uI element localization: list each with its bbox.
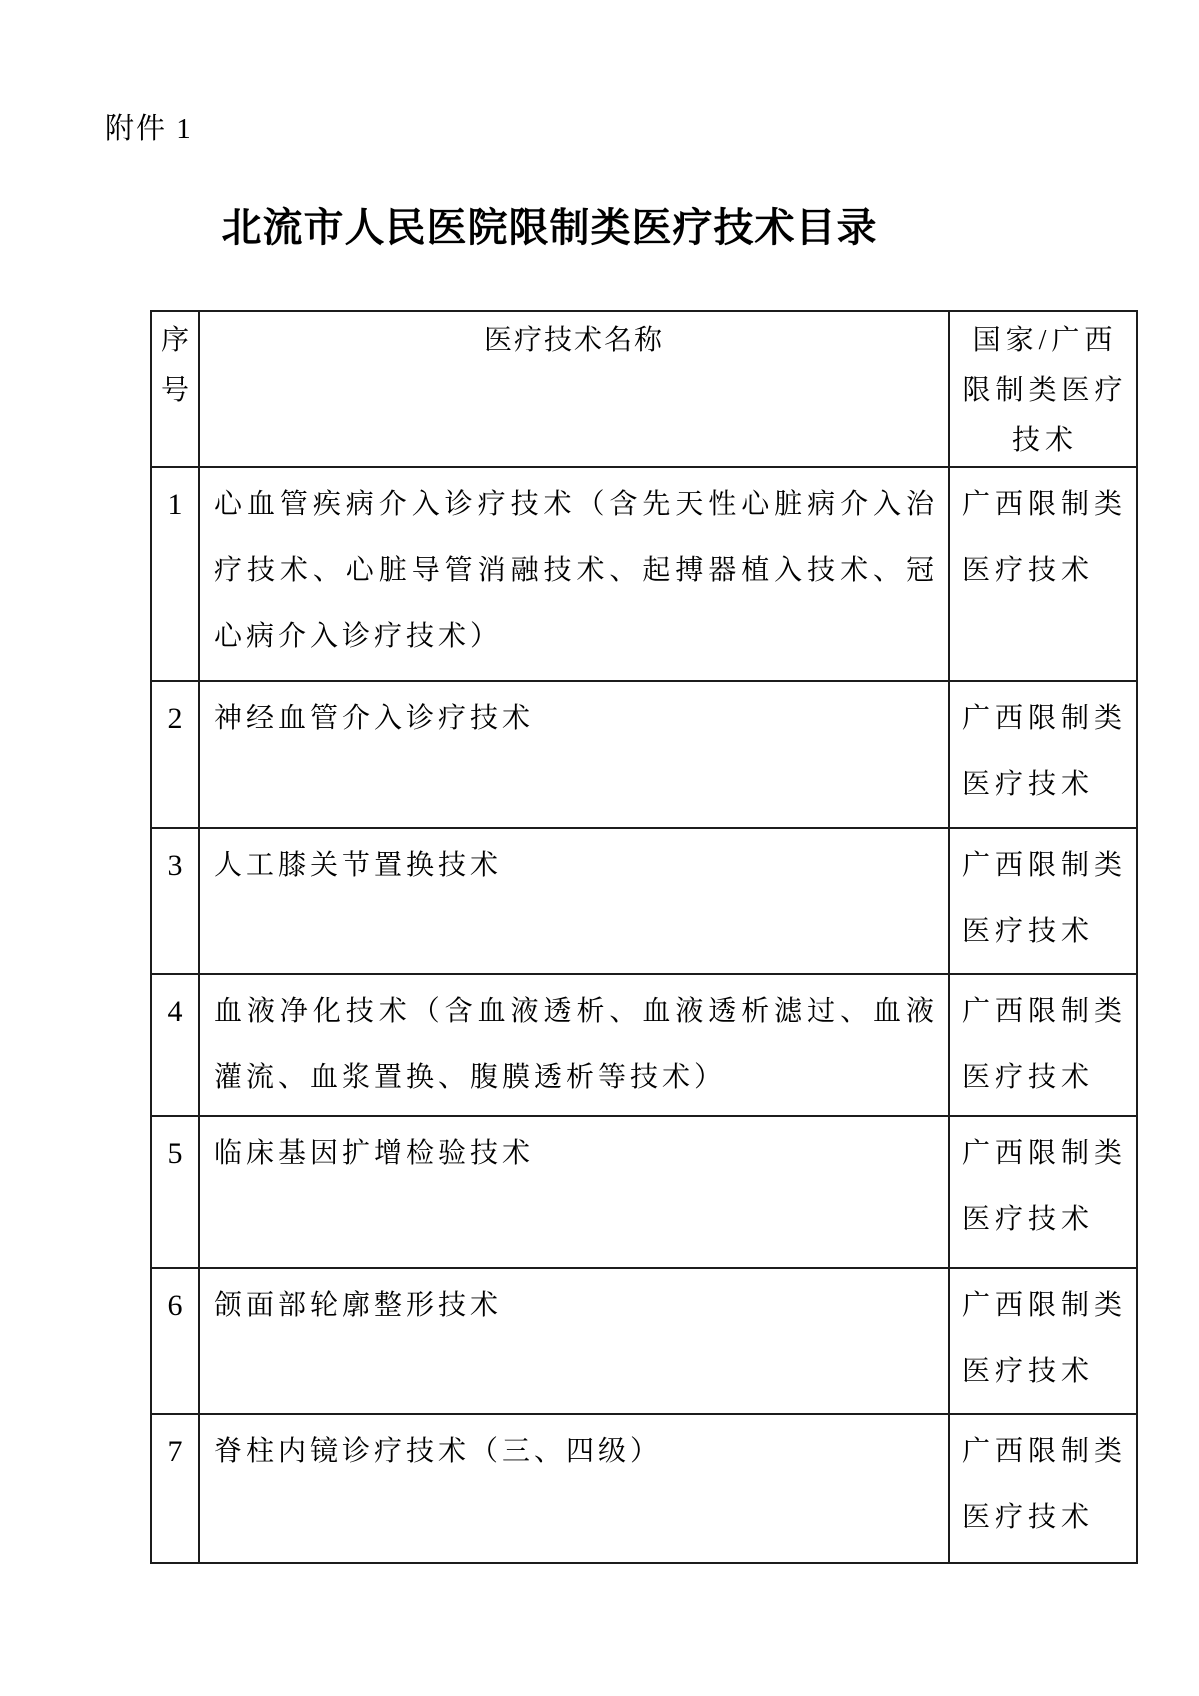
- row-serial-number: 3: [151, 828, 199, 974]
- table-row: 1 心血管疾病介入诊疗技术（含先天性心脏病介入治疗技术、心脏导管消融技术、起搏器…: [151, 467, 1137, 681]
- row-restriction-category: 广西限制类医疗技术: [949, 1116, 1137, 1268]
- document-page: { "page": { "attachment_label": "附件 1", …: [0, 0, 1199, 1696]
- row-restriction-category: 广西限制类医疗技术: [949, 974, 1137, 1116]
- table-row: 4 血液净化技术（含血液透析、血液透析滤过、血液灌流、血浆置换、腹膜透析等技术）…: [151, 974, 1137, 1116]
- table-row: 6 颌面部轮廓整形技术 广西限制类医疗技术: [151, 1268, 1137, 1414]
- row-serial-number: 1: [151, 467, 199, 681]
- table-header-row: 序号 医疗技术名称 国家/广西限制类医疗技术: [151, 311, 1137, 467]
- row-serial-number: 4: [151, 974, 199, 1116]
- row-restriction-category: 广西限制类医疗技术: [949, 1414, 1137, 1563]
- table-row: 5 临床基因扩增检验技术 广西限制类医疗技术: [151, 1116, 1137, 1268]
- row-technology-name: 心血管疾病介入诊疗技术（含先天性心脏病介入治疗技术、心脏导管消融技术、起搏器植入…: [199, 467, 949, 681]
- table-row: 2 神经血管介入诊疗技术 广西限制类医疗技术: [151, 681, 1137, 828]
- row-technology-name: 临床基因扩增检验技术: [199, 1116, 949, 1268]
- header-restriction-category: 国家/广西限制类医疗技术: [949, 311, 1137, 467]
- row-restriction-category: 广西限制类医疗技术: [949, 467, 1137, 681]
- row-serial-number: 2: [151, 681, 199, 828]
- row-technology-name: 颌面部轮廓整形技术: [199, 1268, 949, 1414]
- row-serial-number: 7: [151, 1414, 199, 1563]
- header-serial-number: 序号: [151, 311, 199, 467]
- row-serial-number: 6: [151, 1268, 199, 1414]
- table-row: 3 人工膝关节置换技术 广西限制类医疗技术: [151, 828, 1137, 974]
- row-restriction-category: 广西限制类医疗技术: [949, 681, 1137, 828]
- attachment-label: 附件 1: [105, 106, 193, 147]
- table-row: 7 脊柱内镜诊疗技术（三、四级） 广西限制类医疗技术: [151, 1414, 1137, 1563]
- page-title: 北流市人民医院限制类医疗技术目录: [0, 196, 1099, 253]
- row-restriction-category: 广西限制类医疗技术: [949, 1268, 1137, 1414]
- medical-technology-table: 序号 医疗技术名称 国家/广西限制类医疗技术 1 心血管疾病介入诊疗技术（含先天…: [150, 310, 1138, 1564]
- row-technology-name: 血液净化技术（含血液透析、血液透析滤过、血液灌流、血浆置换、腹膜透析等技术）: [199, 974, 949, 1116]
- row-technology-name: 神经血管介入诊疗技术: [199, 681, 949, 828]
- row-technology-name: 脊柱内镜诊疗技术（三、四级）: [199, 1414, 949, 1563]
- row-restriction-category: 广西限制类医疗技术: [949, 828, 1137, 974]
- row-serial-number: 5: [151, 1116, 199, 1268]
- header-technology-name: 医疗技术名称: [199, 311, 949, 467]
- row-technology-name: 人工膝关节置换技术: [199, 828, 949, 974]
